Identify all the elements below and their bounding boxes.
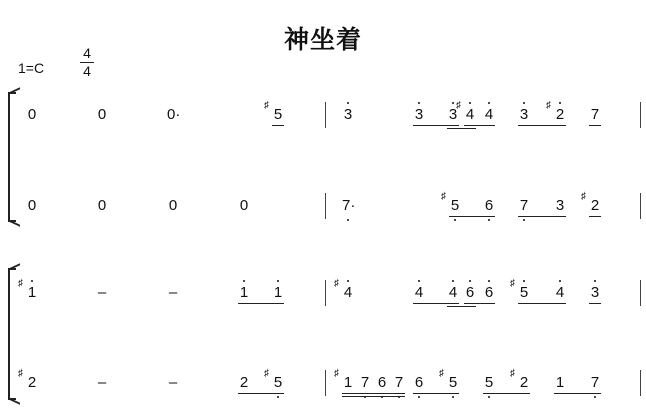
sharp-icon: ♯ <box>510 365 515 383</box>
sharp-icon: ♯ <box>510 275 515 293</box>
time-sig-bottom: 4 <box>83 63 91 79</box>
octave-up-dot <box>523 280 525 282</box>
beam-underline <box>589 125 601 126</box>
note: 3 <box>342 106 354 124</box>
note: 6 <box>464 284 476 302</box>
note: – <box>167 284 179 302</box>
note: 0· <box>167 106 179 124</box>
note: – <box>167 374 179 392</box>
beam-underline <box>413 393 459 394</box>
note: 0 <box>26 106 38 124</box>
sharp-icon: ♯ <box>546 97 551 115</box>
key-signature: 1=C <box>18 60 44 76</box>
beam-underline <box>464 303 495 304</box>
beam-underline <box>518 216 566 217</box>
note: – <box>96 284 108 302</box>
note: 1 <box>272 284 284 302</box>
note: 3 <box>589 284 601 302</box>
beam-underline <box>464 125 495 126</box>
time-signature: 4 4 <box>79 46 95 79</box>
sharp-icon: ♯ <box>18 365 23 383</box>
double-beam-underline <box>342 396 405 397</box>
note: 3 <box>518 106 530 124</box>
octave-down-dot <box>418 396 420 398</box>
beam-underline <box>589 216 601 217</box>
beam-underline <box>483 393 530 394</box>
beam-underline <box>554 393 601 394</box>
octave-up-dot <box>594 280 596 282</box>
note: 0 <box>167 197 179 215</box>
sharp-icon: ♯ <box>581 188 586 206</box>
octave-up-dot <box>277 280 279 282</box>
note: 5♯ <box>272 106 284 124</box>
octave-up-dot <box>452 102 454 104</box>
note: 4 <box>447 284 459 302</box>
sharp-icon: ♯ <box>334 365 339 383</box>
note: 2♯ <box>589 197 601 215</box>
note: 0 <box>96 197 108 215</box>
score-title: 神坐着 <box>0 20 646 56</box>
barline <box>325 280 326 306</box>
note: 1 <box>238 284 250 302</box>
octave-up-dot <box>418 102 420 104</box>
octave-up-dot <box>469 280 471 282</box>
octave-up-dot <box>31 280 33 282</box>
beam-underline <box>238 303 284 304</box>
note: 7 <box>359 374 371 392</box>
note: 6 <box>376 374 388 392</box>
note: 2♯ <box>518 374 530 392</box>
octave-down-dot <box>277 396 279 398</box>
octave-up-dot <box>488 102 490 104</box>
sharp-icon: ♯ <box>264 365 269 383</box>
note: 4♯ <box>342 284 354 302</box>
note: 7 <box>589 106 601 124</box>
note: 2♯ <box>26 374 38 392</box>
octave-down-dot <box>594 396 596 398</box>
beam-underline <box>518 125 566 126</box>
double-beam-underline <box>342 393 405 394</box>
barline <box>640 370 641 396</box>
beam-underline <box>449 216 495 217</box>
note: 5♯ <box>518 284 530 302</box>
octave-down-dot <box>454 219 456 221</box>
barline <box>640 193 641 219</box>
octave-down-dot <box>523 219 525 221</box>
double-beam-underline <box>447 306 476 307</box>
sharp-icon: ♯ <box>456 97 461 115</box>
note: 7 <box>518 197 530 215</box>
note: 6 <box>483 284 495 302</box>
note: 5♯ <box>449 197 461 215</box>
note: 7 <box>589 374 601 392</box>
note: 2♯ <box>554 106 566 124</box>
double-beam-underline <box>447 128 476 129</box>
time-sig-top: 4 <box>83 45 91 61</box>
note: 3 <box>554 197 566 215</box>
octave-up-dot <box>243 280 245 282</box>
note: 7 <box>393 374 405 392</box>
barline <box>325 102 326 128</box>
octave-up-dot <box>452 280 454 282</box>
sharp-icon: ♯ <box>334 275 339 293</box>
note: 1♯ <box>342 374 354 392</box>
note: 5♯ <box>272 374 284 392</box>
note: 4 <box>483 106 495 124</box>
octave-up-dot <box>347 102 349 104</box>
system-bracket-2 <box>8 268 16 400</box>
beam-underline <box>272 125 284 126</box>
octave-up-dot <box>418 280 420 282</box>
beam-underline <box>518 303 566 304</box>
note: 4♯ <box>464 106 476 124</box>
note: 0 <box>238 197 250 215</box>
beam-underline <box>413 125 459 126</box>
sharp-icon: ♯ <box>264 97 269 115</box>
note: 1 <box>554 374 566 392</box>
octave-up-dot <box>559 280 561 282</box>
note: 1♯ <box>26 284 38 302</box>
system-bracket-1 <box>8 92 16 222</box>
note: 3 <box>413 106 425 124</box>
sharp-icon: ♯ <box>18 275 23 293</box>
octave-up-dot <box>523 102 525 104</box>
beam-underline <box>413 303 459 304</box>
octave-down-dot <box>347 219 349 221</box>
note: 5♯ <box>447 374 459 392</box>
octave-down-dot <box>488 396 490 398</box>
barline <box>325 193 326 219</box>
note: 0 <box>26 197 38 215</box>
note: 0 <box>96 106 108 124</box>
sharp-icon: ♯ <box>439 365 444 383</box>
octave-up-dot <box>559 102 561 104</box>
note: 4 <box>413 284 425 302</box>
note: 6 <box>483 197 495 215</box>
barline <box>640 280 641 306</box>
note: 7· <box>342 197 354 215</box>
octave-up-dot <box>347 280 349 282</box>
note: 2 <box>238 374 250 392</box>
note: 5 <box>483 374 495 392</box>
note: 4 <box>554 284 566 302</box>
beam-underline <box>238 393 284 394</box>
octave-up-dot <box>469 102 471 104</box>
note: – <box>96 374 108 392</box>
barline <box>325 370 326 396</box>
sharp-icon: ♯ <box>441 188 446 206</box>
barline <box>640 102 641 128</box>
octave-up-dot <box>488 280 490 282</box>
note: 6 <box>413 374 425 392</box>
beam-underline <box>589 303 601 304</box>
octave-down-dot <box>488 219 490 221</box>
octave-down-dot <box>452 396 454 398</box>
